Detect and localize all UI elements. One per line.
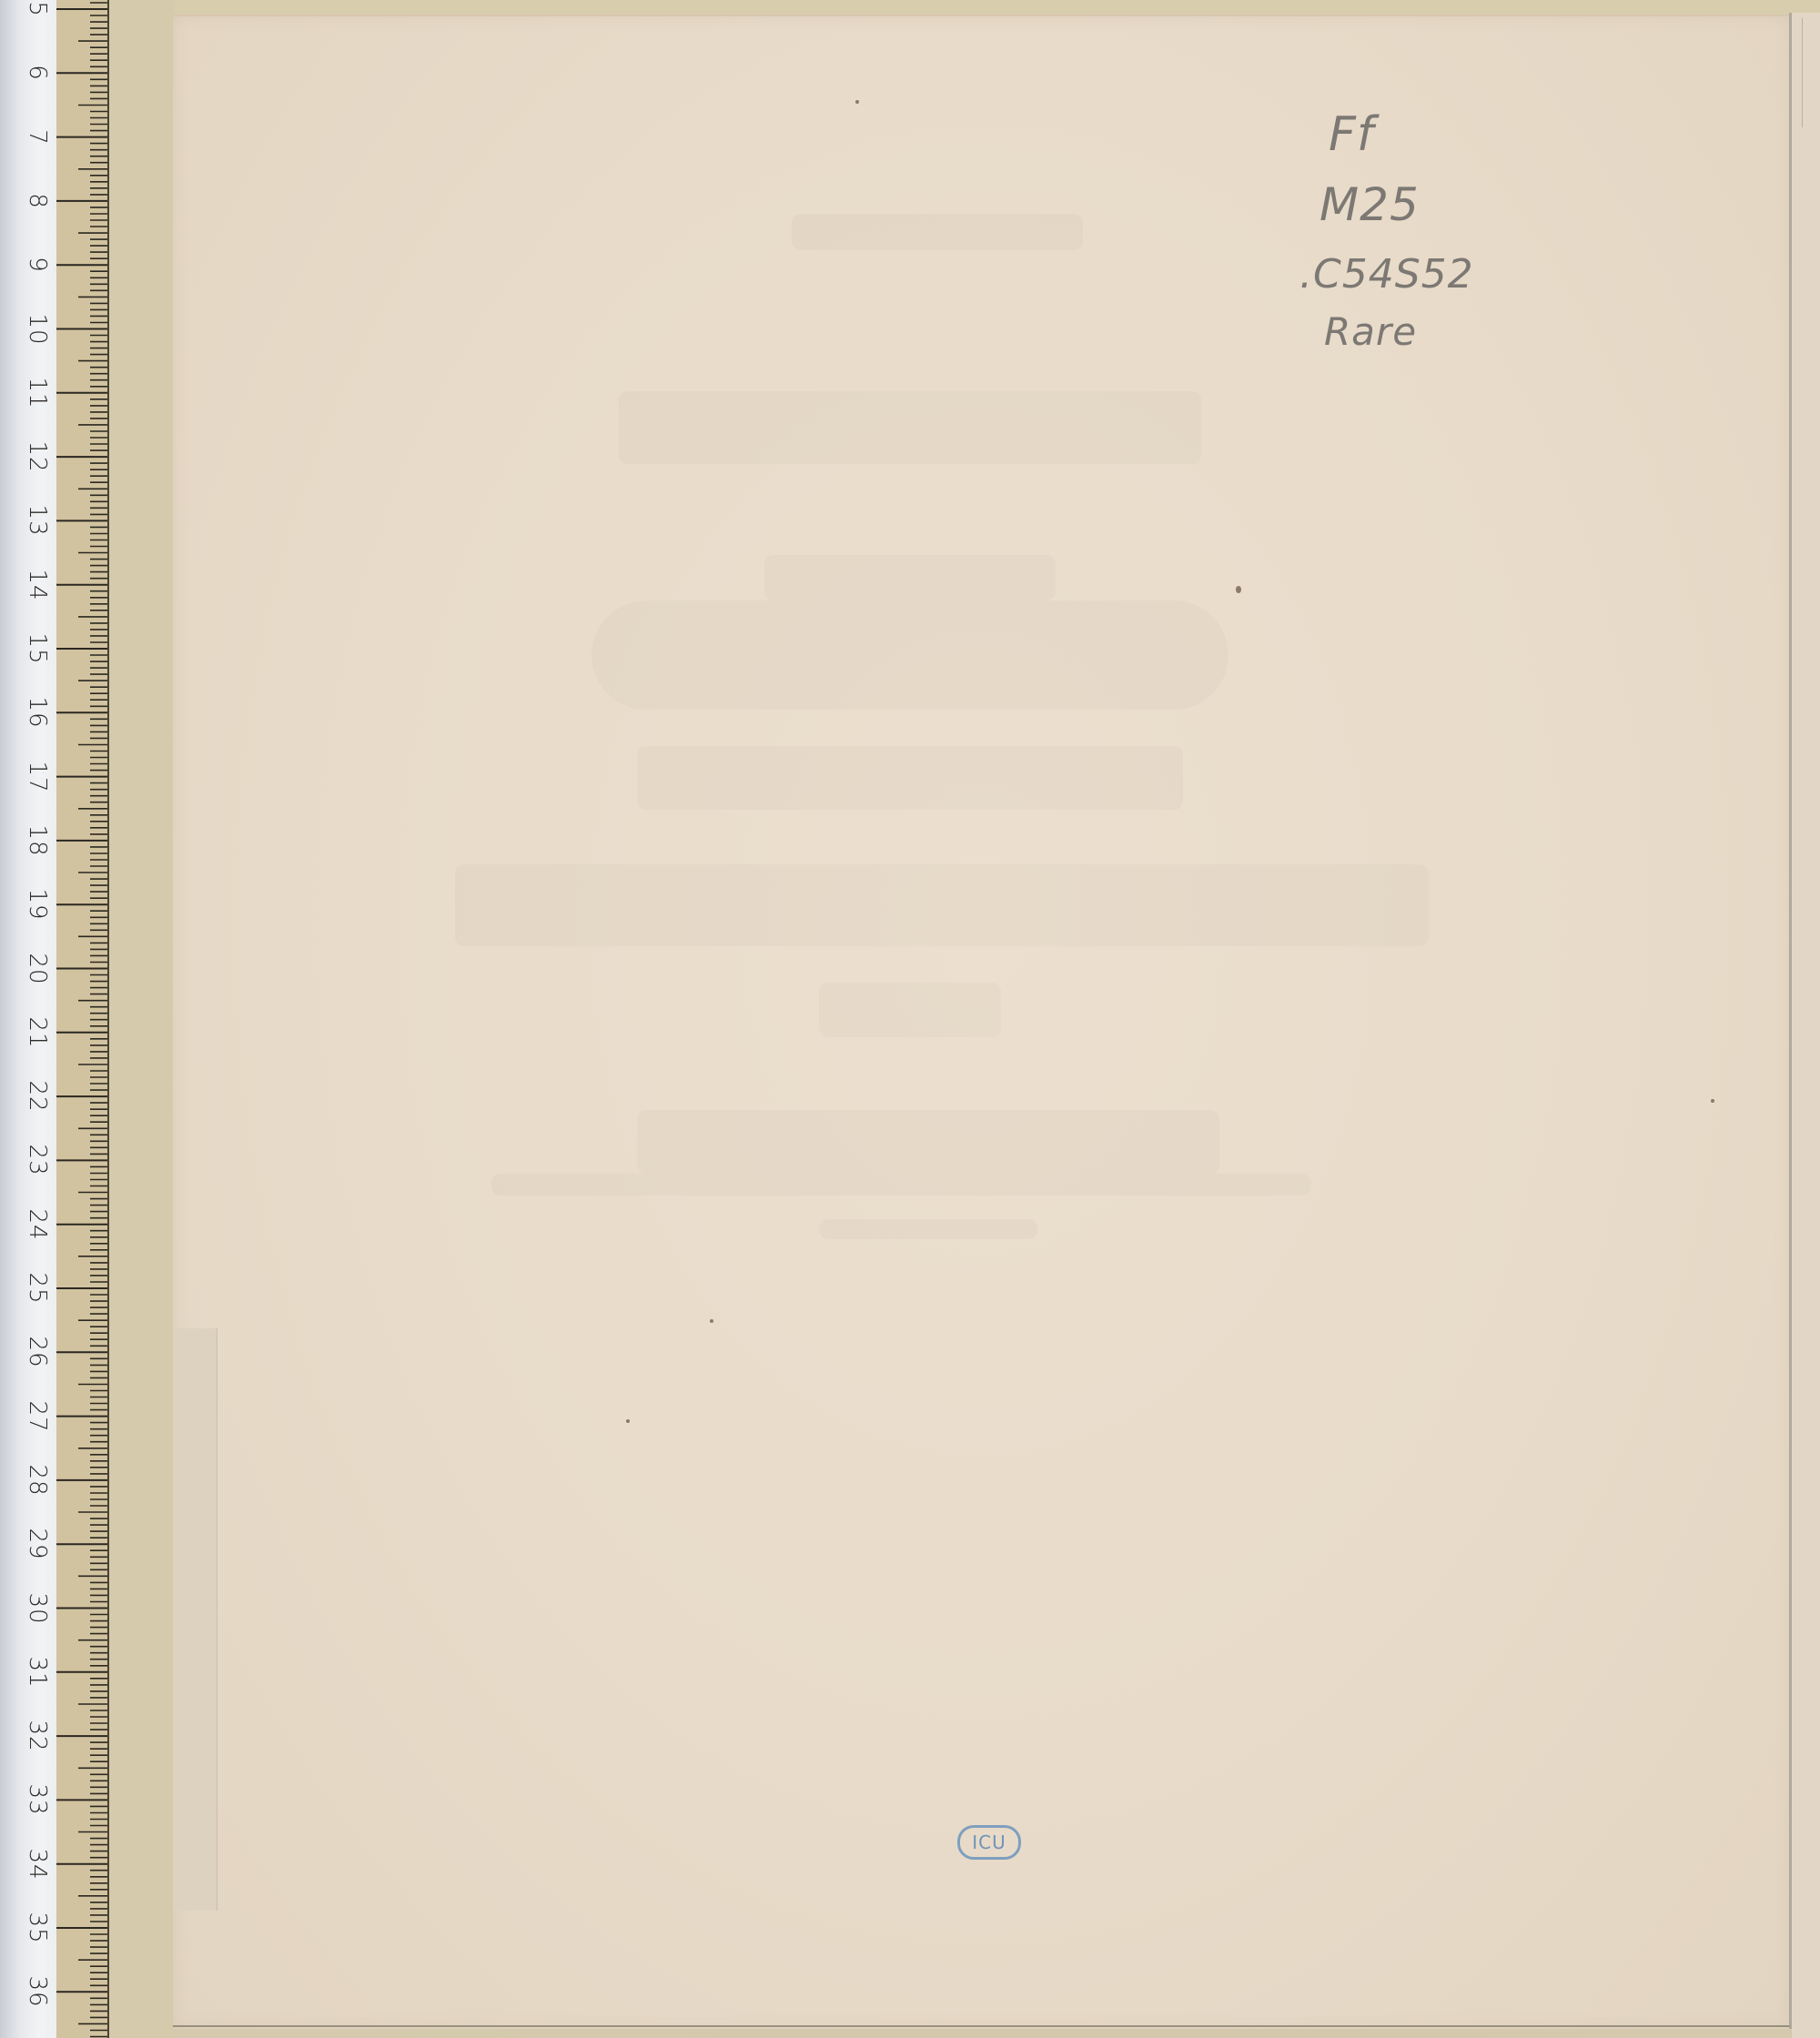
ruler-label: 26 — [19, 1331, 56, 1373]
paper-speck — [626, 1419, 630, 1423]
paper-speck — [710, 1319, 713, 1323]
ruler-label: 22 — [19, 1075, 56, 1117]
bleed-through-mark — [637, 1110, 1219, 1174]
ruler-label: 31 — [19, 1651, 56, 1693]
library-stamp: ICU — [957, 1825, 1021, 1860]
bleed-through-mark — [455, 864, 1429, 946]
call-number-line-4: Rare — [1324, 309, 1417, 354]
ruler-label: 18 — [19, 820, 56, 862]
ruler-label: 33 — [19, 1779, 56, 1821]
ruler-label: 30 — [19, 1588, 56, 1629]
ruler-label: 34 — [19, 1843, 56, 1885]
ruler-label: 8 — [19, 180, 56, 222]
ruler-label: 21 — [19, 1012, 56, 1054]
ruler-label: 9 — [19, 244, 56, 286]
bleed-through-mark — [764, 555, 1056, 600]
ruler-label: 25 — [19, 1267, 56, 1309]
adjacent-page-mark — [1802, 18, 1803, 127]
paper-bottom-edge — [173, 2025, 1791, 2027]
paper-speck — [1236, 586, 1241, 593]
bleed-through-mark — [819, 1219, 1037, 1239]
ruler-label: 27 — [19, 1396, 56, 1438]
ruler-label: 32 — [19, 1715, 56, 1757]
ruler-label: 7 — [19, 116, 56, 158]
bleed-through-ornament — [591, 600, 1228, 710]
ruler-label: 17 — [19, 756, 56, 798]
ruler-label: 28 — [19, 1459, 56, 1501]
bleed-through-mark — [619, 391, 1201, 464]
paper-repair-patch — [173, 1328, 217, 1911]
ruler-label: 23 — [19, 1139, 56, 1181]
left-mount-band — [109, 0, 175, 2038]
paper-speck — [855, 100, 859, 104]
ruler-label: 5 — [19, 0, 56, 30]
ruler-label: 24 — [19, 1204, 56, 1246]
ruler-label: 19 — [19, 883, 56, 925]
bleed-through-mark — [637, 746, 1183, 810]
paper-speck — [1711, 1099, 1714, 1103]
ruler-ticks — [0, 0, 111, 2038]
measuring-ruler: 5678910111213141516171819202122232425262… — [0, 0, 111, 2038]
ruler-label: 10 — [19, 308, 56, 350]
ruler-label: 11 — [19, 372, 56, 414]
ruler-label: 29 — [19, 1523, 56, 1565]
bleed-through-mark — [792, 214, 1083, 250]
call-number-line-3: .C54S52 — [1299, 251, 1474, 298]
ruler-label: 20 — [19, 948, 56, 990]
ruler-label: 13 — [19, 499, 56, 541]
ruler-edge — [107, 0, 109, 2038]
ruler-label: 15 — [19, 628, 56, 670]
ruler-label: 6 — [19, 52, 56, 94]
ruler-label: 14 — [19, 564, 56, 606]
bleed-through-mark — [819, 983, 1001, 1037]
call-number-line-1: Ff — [1329, 107, 1374, 162]
call-number-line-2: M25 — [1319, 178, 1420, 231]
ruler-label: 12 — [19, 436, 56, 478]
bleed-through-mark — [491, 1174, 1310, 1196]
ruler-label: 16 — [19, 691, 56, 733]
ruler-label: 36 — [19, 1971, 56, 2013]
adjacent-page-strip — [1792, 13, 1820, 2038]
ruler-label: 35 — [19, 1907, 56, 1949]
